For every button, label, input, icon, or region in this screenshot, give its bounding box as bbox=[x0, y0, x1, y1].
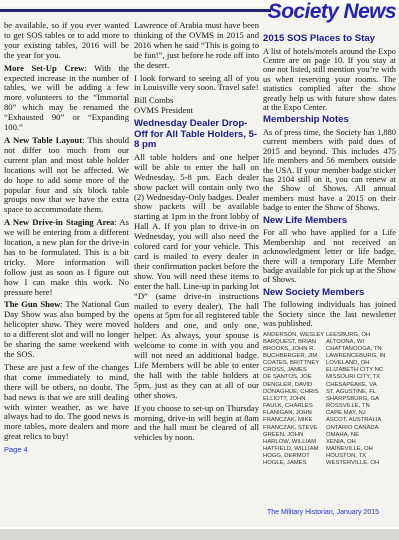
member-name: HARLOW, WILLIAM bbox=[263, 439, 326, 446]
paragraph-text: : This should not differ too much from o… bbox=[4, 135, 129, 214]
member-row: COATES, BRITTNEYLOVELAND, OH bbox=[263, 360, 396, 367]
paragraph: A New Table Layout: This should not diff… bbox=[4, 136, 129, 215]
member-name: DENGLER, DAVID bbox=[263, 382, 326, 389]
member-row: BARQUEST, BRIANALTOONA, WI bbox=[263, 339, 396, 346]
member-row: DENGLER, DAVIDCHESAPEAKE, VA bbox=[263, 382, 396, 389]
paragraph-lead: More Set-Up Crew bbox=[4, 63, 84, 73]
member-row: HOGLE, JAMESWESTERVILLE, OH bbox=[263, 460, 396, 467]
page-number: Page 4 bbox=[4, 445, 129, 455]
masthead-rule bbox=[0, 9, 271, 12]
paragraph: The Gun Show: The National Gun Day Show … bbox=[4, 300, 129, 359]
signature-title: OVMS President bbox=[134, 106, 259, 116]
paragraph: As of press time, the Society has 1,880 … bbox=[263, 128, 396, 213]
member-name: FAULK, CHARLES bbox=[263, 403, 326, 410]
member-name: GREEN, JOHN bbox=[263, 432, 326, 439]
member-name: DONAGHUE, CHRIS bbox=[263, 389, 326, 396]
paragraph-text: : With the expected increase in the numb… bbox=[4, 63, 129, 132]
paragraph: A New Drive-in Staging Area: As we will … bbox=[4, 218, 129, 297]
section-heading-new-life-members: New Life Members bbox=[263, 216, 396, 227]
column-3: 2015 SOS Places to Stay A list of hotels… bbox=[263, 31, 396, 468]
paragraph: The following individuals has joined the… bbox=[263, 300, 396, 328]
member-name: FRANCZAK, STEVE bbox=[263, 425, 326, 432]
member-row: FAULK, CHARLESROSSVILLE, TN bbox=[263, 403, 396, 410]
member-name: COATES, BRITTNEY bbox=[263, 360, 326, 367]
member-name: HOGG, DERMOT bbox=[263, 453, 326, 460]
section-heading-membership-notes: Membership Notes bbox=[263, 115, 396, 126]
member-row: BUCHBERGER, JIMLAWRENCEBURG, IN bbox=[263, 353, 396, 360]
member-row: DONAGHUE, CHRISST. AGUSTINE, FL bbox=[263, 389, 396, 396]
paragraph-text: : The National Gun Day Show was also bum… bbox=[4, 299, 129, 359]
member-row: ELLIOTT, JOHNSHARPSBURG, GA bbox=[263, 396, 396, 403]
member-name: BARQUEST, BRIAN bbox=[263, 339, 326, 346]
column-2: Lawrence of Arabia must have been thinki… bbox=[134, 21, 259, 446]
member-row: HARLOW, WILLIAMXENIA, OH bbox=[263, 439, 396, 446]
member-row: FRANCZAK, STEVEONTARIO CANADA bbox=[263, 425, 396, 432]
paragraph-text: : As we will be entering from a differen… bbox=[4, 217, 129, 296]
member-city: CHATTANOOGA, TN bbox=[326, 346, 396, 353]
member-city: SHARPSBURG, GA bbox=[326, 396, 396, 403]
member-row: DE SANTOS, JOEMISSOURI CITY, TX bbox=[263, 374, 396, 381]
member-name: FLANIGAN, JOHN bbox=[263, 410, 326, 417]
bottom-strip bbox=[0, 527, 399, 540]
member-name: FRANCZAK, MIKE bbox=[263, 417, 326, 424]
member-row: CROSS, JAMESELIZABETH CITY NC bbox=[263, 367, 396, 374]
member-city: OMAHA, NE bbox=[326, 432, 396, 439]
member-city: ALTOONA, WI bbox=[326, 339, 396, 346]
member-name: BROOKS, JOHN R. bbox=[263, 346, 326, 353]
newsletter-footer: The Military Historian, January 2015 bbox=[248, 509, 398, 516]
member-name: HOGLE, JAMES bbox=[263, 460, 326, 467]
member-city: LAWRENCEBURG, IN bbox=[326, 353, 396, 360]
section-heading-dealer-dropoff: Wednesday Dealer Drop-Off for All Table … bbox=[134, 119, 259, 151]
paragraph-lead: A New Drive-in Staging Area bbox=[4, 217, 114, 227]
member-row: HATFIELD, WILLIAMMAINEVILLE, OH bbox=[263, 446, 396, 453]
paragraph-lead: The Gun Show bbox=[4, 299, 60, 309]
paragraph: All table holders and one helper will be… bbox=[134, 153, 259, 401]
paragraph: More Set-Up Crew: With the expected incr… bbox=[4, 64, 129, 133]
new-members-list: ANDERSON, WESLEYLEESBURG, OH BARQUEST, B… bbox=[263, 332, 396, 468]
page-title: Society News bbox=[260, 0, 396, 24]
member-city: MAINEVILLE, OH bbox=[326, 446, 396, 453]
paragraph: Lawrence of Arabia must have been thinki… bbox=[134, 21, 259, 71]
paragraph: be available, so if you ever wanted to g… bbox=[4, 21, 129, 61]
paragraph: These are just a few of the changes that… bbox=[4, 363, 129, 442]
member-name: DE SANTOS, JOE bbox=[263, 374, 326, 381]
paragraph: If you choose to set-up on Thursday morn… bbox=[134, 404, 259, 444]
member-name: CROSS, JAMES bbox=[263, 367, 326, 374]
paragraph: I look forward to seeing all of you in L… bbox=[134, 74, 259, 94]
section-heading-new-society-members: New Society Members bbox=[263, 288, 396, 299]
member-city: CAPE MAY, NJ bbox=[326, 410, 396, 417]
member-row: FRANCZAK, MIKEASCOT, AUSTRALIA bbox=[263, 417, 396, 424]
member-row: ANDERSON, WESLEYLEESBURG, OH bbox=[263, 332, 396, 339]
member-city: ONTARIO CANADA bbox=[326, 425, 396, 432]
column-1: be available, so if you ever wanted to g… bbox=[4, 21, 129, 455]
paragraph: A list of hotels/motels around the Expo … bbox=[263, 47, 396, 113]
member-city: ST. AGUSTINE, FL bbox=[326, 389, 396, 396]
member-city: ASCOT, AUSTRALIA bbox=[326, 417, 396, 424]
member-row: BROOKS, JOHN R.CHATTANOOGA, TN bbox=[263, 346, 396, 353]
member-city: LOVELAND, OH bbox=[326, 360, 396, 367]
member-city: CHESAPEAKE, VA bbox=[326, 382, 396, 389]
member-row: FLANIGAN, JOHNCAPE MAY, NJ bbox=[263, 410, 396, 417]
member-city: ELIZABETH CITY NC bbox=[326, 367, 396, 374]
paragraph: For all who have applied for a Life Memb… bbox=[263, 228, 396, 284]
member-name: ANDERSON, WESLEY bbox=[263, 332, 326, 339]
member-city: LEESBURG, OH bbox=[326, 332, 396, 339]
paragraph-lead: A New Table Layout bbox=[4, 135, 82, 145]
member-city: XENIA, OH bbox=[326, 439, 396, 446]
member-name: BUCHBERGER, JIM bbox=[263, 353, 326, 360]
member-row: HOGG, DERMOTHOUSTON, TX bbox=[263, 453, 396, 460]
member-name: ELLIOTT, JOHN bbox=[263, 396, 326, 403]
paragraph-text: These are just a few of the changes that… bbox=[4, 362, 129, 441]
paragraph-text: be available, so if you ever wanted to g… bbox=[4, 20, 129, 60]
member-row: GREEN, JOHNOMAHA, NE bbox=[263, 432, 396, 439]
member-name: HATFIELD, WILLIAM bbox=[263, 446, 326, 453]
member-city: MISSOURI CITY, TX bbox=[326, 374, 396, 381]
member-city: ROSSVILLE, TN bbox=[326, 403, 396, 410]
section-heading-places-to-stay: 2015 SOS Places to Stay bbox=[263, 34, 396, 45]
member-city: WESTERVILLE, OH bbox=[326, 460, 396, 467]
newsletter-page: Society News be available, so if you eve… bbox=[0, 0, 399, 540]
member-city: HOUSTON, TX bbox=[326, 453, 396, 460]
